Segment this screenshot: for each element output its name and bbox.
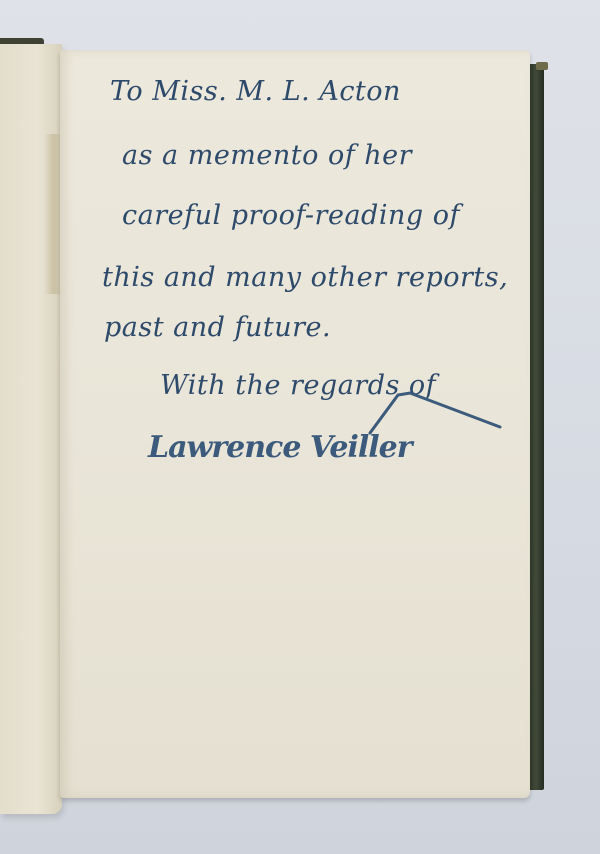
inscription-line: past and future. (104, 312, 331, 343)
signature-flourish-icon (360, 375, 510, 435)
inscription-line-recipient: To Miss. M. L. Acton (110, 76, 401, 107)
handwritten-inscription: To Miss. M. L. Acton as a memento of her… (60, 50, 530, 798)
signature: Lawrence Veiller (148, 430, 412, 465)
inscribed-page: To Miss. M. L. Acton as a memento of her… (60, 50, 530, 798)
inscription-line: as a memento of her (122, 140, 412, 171)
inscription-line: careful proof-reading of (122, 200, 460, 231)
book-cover-edge (528, 64, 544, 790)
book-cover-corner-right (536, 62, 548, 70)
left-flyleaf-page (0, 44, 62, 814)
inscription-line: this and many other reports, (102, 262, 508, 293)
